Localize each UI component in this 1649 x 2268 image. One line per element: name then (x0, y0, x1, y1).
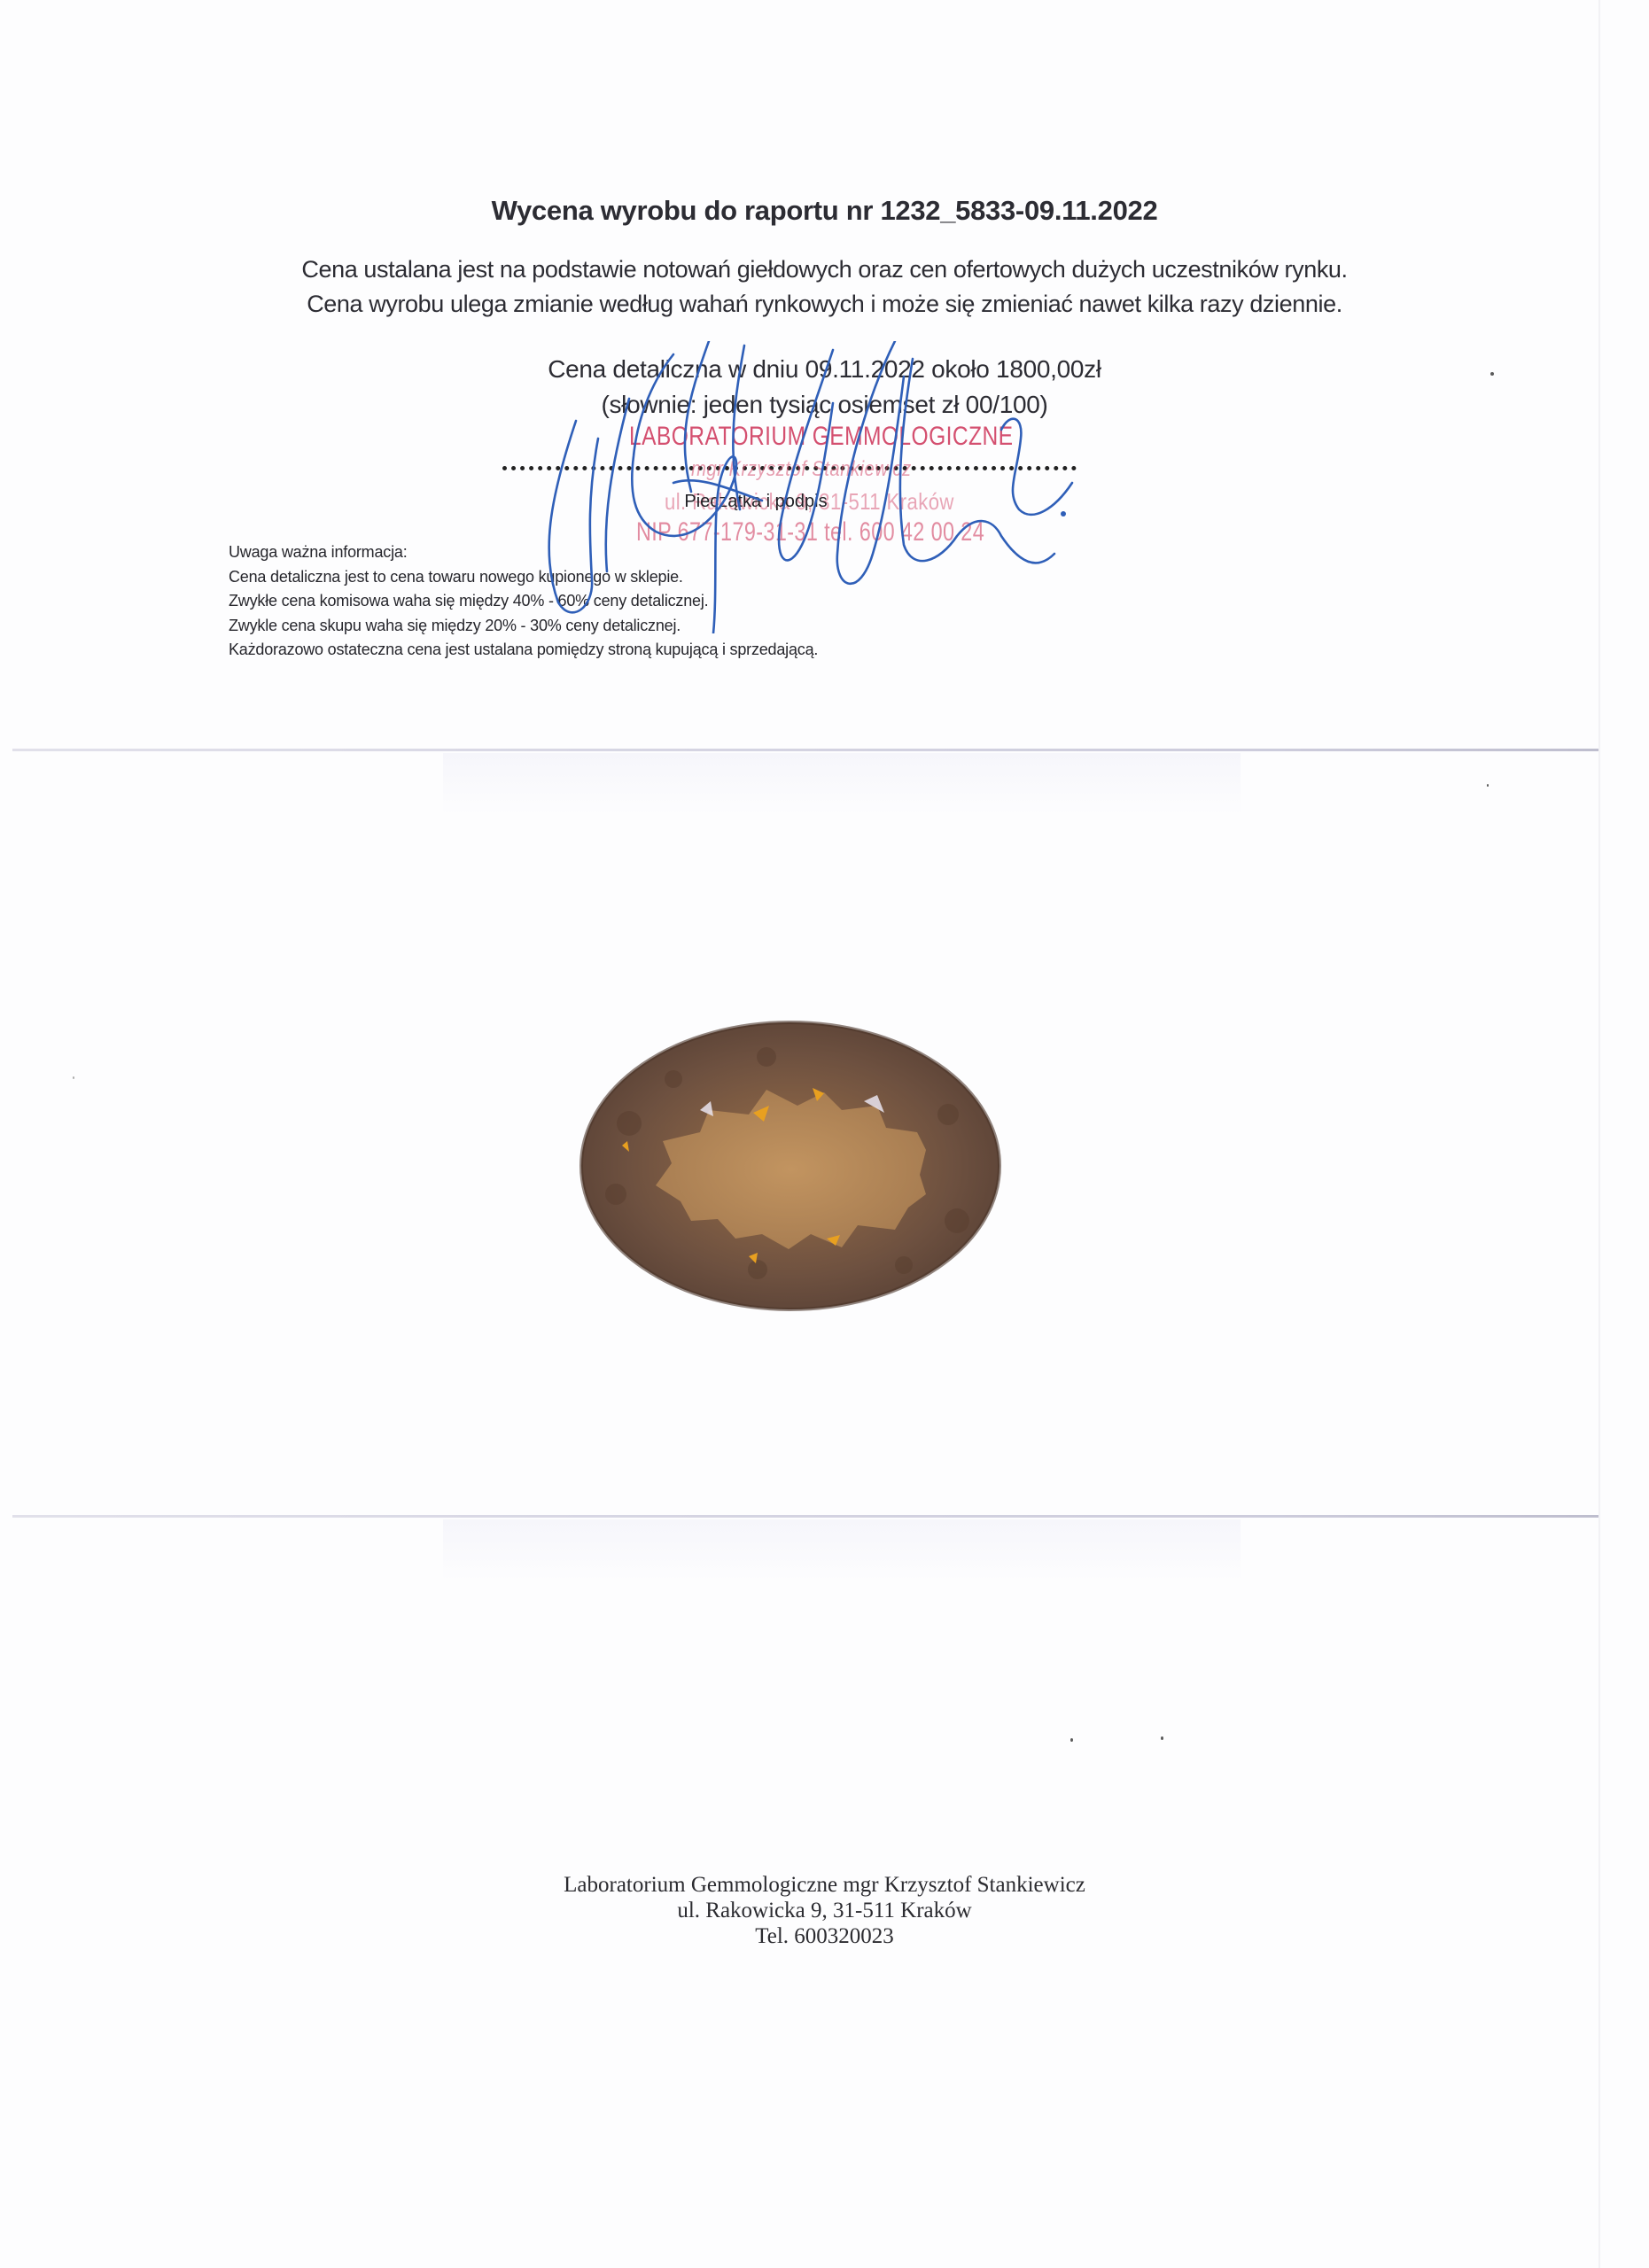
stamp-line: NIP 677-179-31-31 tel. 600 42 00 24 (636, 517, 984, 548)
scan-speck (1490, 372, 1494, 376)
gemstone-image (576, 1017, 1005, 1315)
intro-paragraph: Cena ustalana jest na podstawie notowań … (0, 252, 1649, 322)
footer-line: Laboratorium Gemmologiczne mgr Krzysztof… (0, 1872, 1649, 1898)
retail-price-line: Cena detaliczna w dniu 09.11.2022 około … (0, 352, 1649, 387)
notes-line: Zwykle cena skupu waha się między 20% - … (229, 614, 818, 639)
paper-fold-line (12, 749, 1598, 751)
paper-fold-shadow (443, 753, 1241, 815)
intro-line: Cena wyrobu ulega zmianie według wahań r… (0, 287, 1649, 322)
stamp-line: LABORATORIUM GEMMOLOGICZNE (629, 422, 1013, 452)
footer-line: ul. Rakowicka 9, 31-511 Kraków (0, 1898, 1649, 1923)
retail-price-words: (słownie: jeden tysiąc osiemset zł 00/10… (0, 387, 1649, 423)
notes-line: Cena detaliczna jest to cena towaru nowe… (229, 565, 818, 590)
scan-speck (73, 1076, 74, 1079)
notes-line: Każdorazowo ostateczna cena jest ustalan… (229, 638, 818, 663)
stamp-line: mgr Krzysztof Stankiewicz (691, 457, 912, 482)
intro-line: Cena ustalana jest na podstawie notowań … (0, 252, 1649, 287)
scan-speck (1070, 1738, 1073, 1742)
page-title: Wycena wyrobu do raportu nr 1232_5833-09… (0, 195, 1649, 227)
scan-speck (1161, 1736, 1163, 1740)
important-notes: Uwaga ważna informacja: Cena detaliczna … (229, 540, 818, 663)
scan-speck (1487, 784, 1489, 787)
retail-price-block: Cena detaliczna w dniu 09.11.2022 około … (0, 352, 1649, 423)
signature-label: Pieczątka i podpis (636, 492, 875, 512)
paper-fold-line (12, 1515, 1598, 1518)
notes-line: Zwykłe cena komisowa waha się między 40%… (229, 589, 818, 614)
paper-fold-shadow (443, 1519, 1241, 1581)
footer-address: Laboratorium Gemmologiczne mgr Krzysztof… (0, 1872, 1649, 1949)
footer-line: Tel. 600320023 (0, 1923, 1649, 1949)
